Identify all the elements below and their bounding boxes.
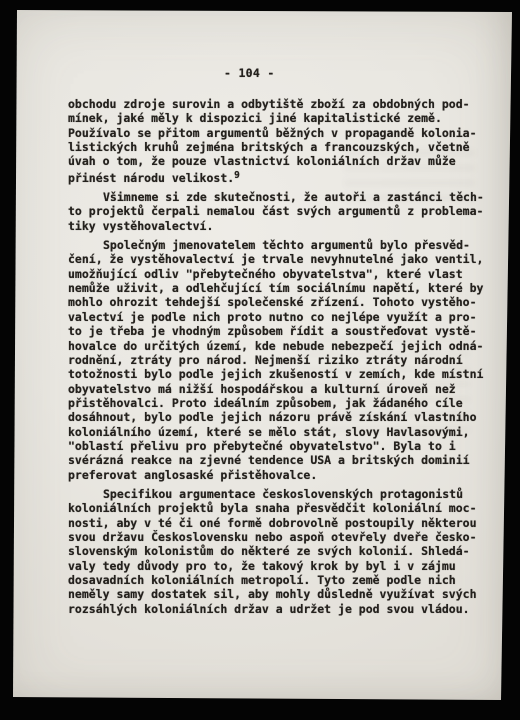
text-line: umožňující odliv "přebytečného obyvatels…	[68, 267, 492, 281]
text-line: mínek, jaké měly k dispozici jiné kapita…	[68, 111, 492, 125]
text-line: dosavadních koloniálních metropolí. Tyto…	[68, 573, 492, 587]
paragraph: Společným jmenovatelem těchto argumentů …	[68, 238, 492, 482]
text-line: neměly samy dostatek sil, aby mohly důsl…	[68, 587, 492, 601]
paragraph: Specifikou argumentace československých …	[68, 487, 492, 616]
paragraph: obchodu zdroje surovin a odbytiště zboží…	[68, 97, 492, 185]
text-line: obyvatelstvo má nižší hospodářskou a kul…	[68, 382, 492, 396]
text-line: Společným jmenovatelem těchto argumentů …	[68, 238, 492, 252]
text-line: Používalo se přitom argumentů běžných v …	[68, 126, 492, 140]
text-line: totožnosti bylo podle jejich zkušeností …	[68, 367, 492, 381]
text-line: přinést národu velikost.9	[68, 169, 492, 185]
text-line: to projektů čerpali nemalou část svých a…	[68, 204, 492, 218]
text-line: valectví je podle nich proto nutno co ne…	[68, 310, 492, 324]
page-number: - 104 -	[224, 66, 275, 80]
text-line: dosáhnout, bylo podle jejich názoru práv…	[68, 410, 492, 424]
text-line: koloniálního území, které se mělo stát, …	[68, 425, 492, 439]
page-body: obchodu zdroje surovin a odbytiště zboží…	[68, 97, 492, 616]
text-line: čení, že vystěhovalectví je trvale nevyh…	[68, 252, 492, 266]
text-line: Specifikou argumentace československých …	[68, 487, 492, 501]
text-line: koloniálních projektů byla snaha přesvěd…	[68, 501, 492, 515]
text-line: Všimneme si zde skutečnosti, že autoři a…	[68, 190, 492, 204]
text-line: přistěhovalci. Proto ideálním způsobem, …	[68, 396, 492, 410]
text-line: to je třeba je vhodným způsobem řídit a …	[68, 324, 492, 338]
text-line: mohlo ohrozit tehdejší společenské zříze…	[68, 295, 492, 309]
text-line: nosti, aby v té či oné formě dobrovolně …	[68, 516, 492, 530]
text-line: obchodu zdroje surovin a odbytiště zboží…	[68, 97, 492, 111]
text-line: svérázná reakce na zjevné tendence USA a…	[68, 453, 492, 467]
text-line: tiky vystěhovalectví.	[68, 219, 492, 233]
text-line: hovalce do určitých území, kde nebude ne…	[68, 339, 492, 353]
text-line: úvah o tom, že pouze vlastnictví koloniá…	[68, 154, 492, 168]
text-line-fragment: přinést národu velikost.	[68, 171, 234, 185]
text-line: listických kruhů zejména britských a fra…	[68, 140, 492, 154]
text-line: valy tedy důvody pro to, že takový krok …	[68, 559, 492, 573]
text-line: preferovat anglosaské přistěhovalce.	[68, 468, 492, 482]
text-line: rozsáhlých koloniálních držav a udržet j…	[68, 602, 492, 616]
paper-page: - 104 - obchodu zdroje surovin a odbytiš…	[0, 0, 520, 720]
paragraph: Všimneme si zde skutečnosti, že autoři a…	[68, 190, 492, 233]
text-line: nemůže uživit, a odlehčující tím sociáln…	[68, 281, 492, 295]
text-line: rodnění, ztráty pro národ. Nejmenší rizi…	[68, 353, 492, 367]
text-line: svou državu Československu nebo aspoň ot…	[68, 530, 492, 544]
footnote-ref: 9	[234, 170, 240, 181]
text-line: "oblastí přelivu pro přebytečné obyvatel…	[68, 439, 492, 453]
text-line: slovenským kolonistům do některé ze svýc…	[68, 544, 492, 558]
